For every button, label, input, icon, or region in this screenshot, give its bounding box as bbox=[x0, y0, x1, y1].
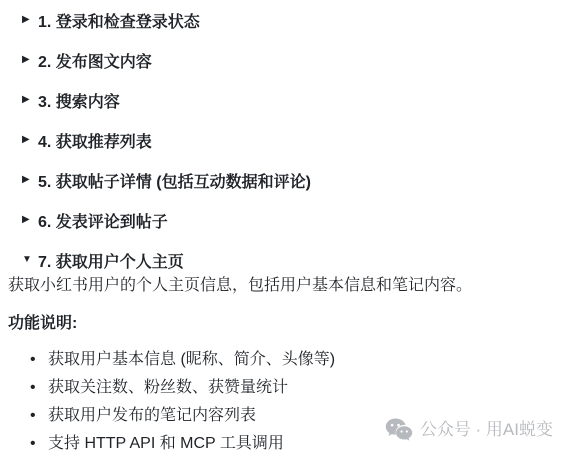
feature-item: 获取用户基本信息 (昵称、简介、头像等) bbox=[8, 348, 559, 372]
section-toggle-3[interactable]: ▶ 3. 搜索内容 bbox=[22, 88, 559, 112]
section-toggle-5[interactable]: ▶ 5. 获取帖子详情 (包括互动数据和评论) bbox=[22, 168, 559, 192]
watermark-label: 公众号 · 用AI蜕变 bbox=[420, 421, 553, 438]
collapsed-triangle-icon: ▶ bbox=[22, 55, 38, 65]
features-heading: 功能说明: bbox=[8, 312, 559, 336]
feature-item: 获取关注数、粉丝数、获赞量统计 bbox=[8, 376, 559, 400]
section-toggle-1[interactable]: ▶ 1. 登录和检查登录状态 bbox=[22, 8, 559, 32]
section-7-description: 获取小红书用户的个人主页信息，包括用户基本信息和笔记内容。 bbox=[8, 274, 559, 298]
section-label-3: 3. 搜索内容 bbox=[38, 89, 120, 112]
collapsed-triangle-icon: ▶ bbox=[22, 215, 38, 225]
section-label-2: 2. 发布图文内容 bbox=[38, 49, 152, 72]
collapsed-triangle-icon: ▶ bbox=[22, 15, 38, 25]
watermark: 公众号 · 用AI蜕变 bbox=[385, 416, 553, 442]
expanded-triangle-icon: ▼ bbox=[22, 255, 38, 265]
section-label-5: 5. 获取帖子详情 (包括互动数据和评论) bbox=[38, 169, 311, 192]
section-toggle-6[interactable]: ▶ 6. 发表评论到帖子 bbox=[22, 208, 559, 232]
section-label-7: 7. 获取用户个人主页 bbox=[38, 249, 184, 272]
section-label-4: 4. 获取推荐列表 bbox=[38, 129, 152, 152]
collapsed-triangle-icon: ▶ bbox=[22, 95, 38, 105]
section-toggle-7[interactable]: ▼ 7. 获取用户个人主页 bbox=[22, 248, 559, 272]
section-label-6: 6. 发表评论到帖子 bbox=[38, 209, 168, 232]
document-page: ▶ 1. 登录和检查登录状态 ▶ 2. 发布图文内容 ▶ 3. 搜索内容 ▶ 4… bbox=[0, 0, 567, 459]
section-label-1: 1. 登录和检查登录状态 bbox=[38, 9, 200, 32]
wechat-icon bbox=[385, 416, 413, 442]
section-toggle-2[interactable]: ▶ 2. 发布图文内容 bbox=[22, 48, 559, 72]
collapsed-triangle-icon: ▶ bbox=[22, 175, 38, 185]
section-toggle-4[interactable]: ▶ 4. 获取推荐列表 bbox=[22, 128, 559, 152]
collapsed-triangle-icon: ▶ bbox=[22, 135, 38, 145]
